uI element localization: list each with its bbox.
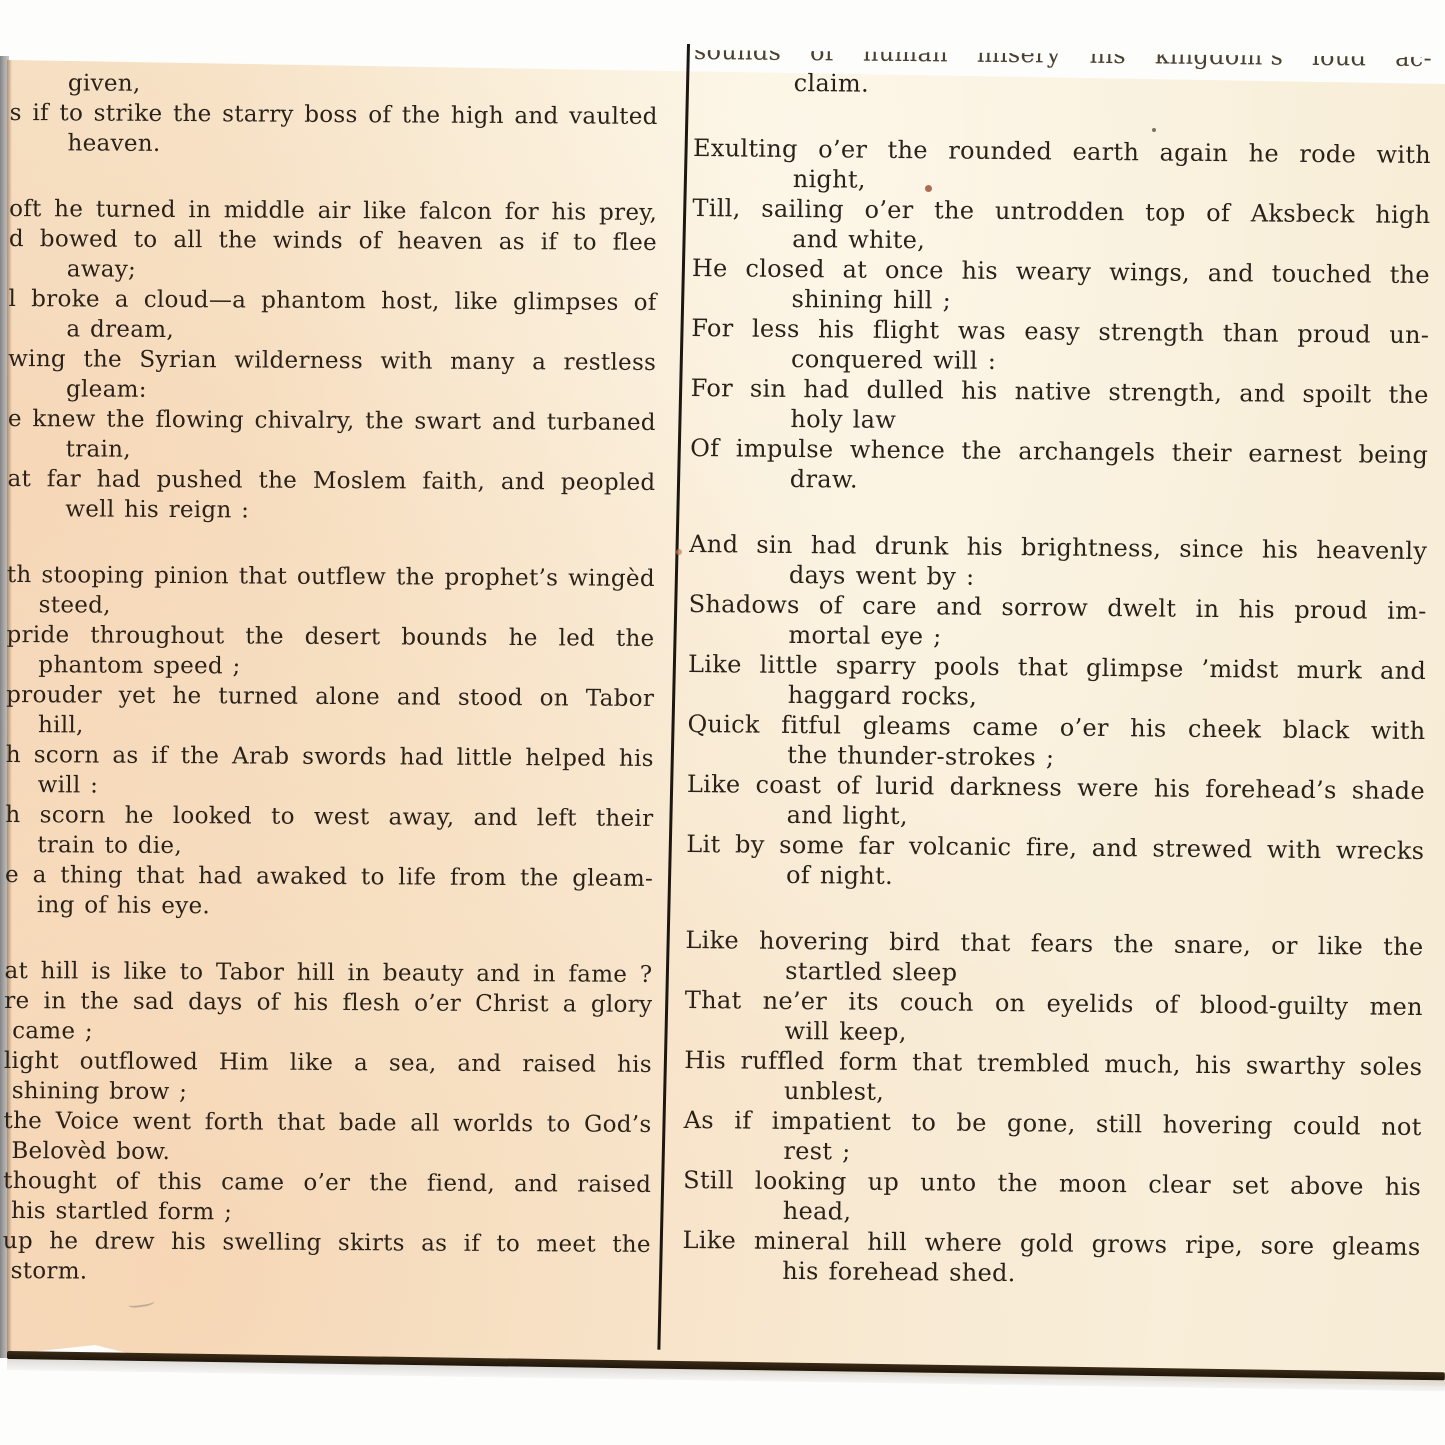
verse-line: phantom speed ; <box>6 650 654 684</box>
verse-line: steed, <box>7 590 655 624</box>
verse-line: th stooping pinion that outflew the prop… <box>7 560 655 594</box>
verse-line: storm. <box>3 1256 651 1290</box>
verse-line: at far had pushed the Moslem faith, and … <box>7 464 655 498</box>
verse-line-text: gleam: <box>66 376 147 402</box>
verse-line-text: and white, <box>792 225 925 254</box>
verse-line-text: head, <box>783 1197 852 1226</box>
verse-line: well his reign : <box>7 494 655 528</box>
verse-line: e a thing that had awaked to life from t… <box>5 860 653 894</box>
verse-line: the Voice went forth that bade all world… <box>3 1106 651 1140</box>
verse-line-text: shining brow ; <box>12 1078 188 1105</box>
verse-line-text: train, <box>66 436 131 462</box>
ink-speck <box>676 549 682 555</box>
verse-line: train, <box>8 434 656 468</box>
verse-line-text: of night. <box>786 861 893 890</box>
verse-line-text: draw. <box>790 465 858 494</box>
verse-line: oft he turned in middle air like falcon … <box>9 194 657 228</box>
verse-line: gleam: <box>8 374 656 408</box>
verse-line-text: away; <box>67 256 137 282</box>
verse-line-text: wing the Syrian wilderness with many a r… <box>8 346 656 376</box>
verse-line-text: will keep, <box>784 1017 906 1046</box>
verse-line: will : <box>6 770 654 804</box>
verse-line: away; <box>9 254 657 288</box>
verse-line-text: train to die, <box>37 832 182 859</box>
verse-line: given, <box>10 68 658 102</box>
verse-line-text: light outflowed Him like a sea, and rais… <box>4 1048 652 1078</box>
verse-line-text: s if to strike the starry boss of the hi… <box>10 100 658 130</box>
verse-line: pride throughout the desert bounds he le… <box>6 620 654 654</box>
verse-line-text: given, <box>68 70 141 96</box>
verse-line-text: hill, <box>38 712 84 738</box>
verse-line: hill, <box>6 710 654 744</box>
verse-line: thought of this came o’er the fiend, and… <box>3 1166 651 1200</box>
verse-line-text: his forehead shed. <box>782 1257 1016 1287</box>
right-text-column: sounds of human misery his kingdom’s lou… <box>682 50 1432 1292</box>
verse-line-text: shining hill ; <box>791 285 951 315</box>
verse-line: a dream, <box>8 314 656 348</box>
verse-line: came ; <box>4 1016 652 1050</box>
verse-line-text: e knew the flowing chivalry, the swart a… <box>8 406 656 436</box>
verse-line: shining brow ; <box>4 1076 652 1110</box>
verse-line-text: and light, <box>787 801 908 830</box>
verse-line-text: e a thing that had awaked to life from t… <box>5 862 653 892</box>
verse-line: l broke a cloud—a phantom host, like gli… <box>8 284 656 318</box>
verse-line: light outflowed Him like a sea, and rais… <box>4 1046 652 1080</box>
verse-line-text: steed, <box>39 592 111 618</box>
verse-line: up he drew his swelling skirts as if to … <box>3 1226 651 1260</box>
verse-line-text: heaven. <box>67 130 160 157</box>
verse-line: Belovèd bow. <box>3 1136 651 1170</box>
verse-line: train to die, <box>5 830 653 864</box>
verse-line-text: came ; <box>12 1018 93 1044</box>
verse-line-text: up he drew his swelling skirts as if to … <box>3 1228 651 1258</box>
verse-line-text: l broke a cloud—a phantom host, like gli… <box>9 286 657 316</box>
verse-line-text: will : <box>38 772 99 798</box>
verse-line-text: Belovèd bow. <box>11 1138 170 1165</box>
verse-line: h scorn he looked to west away, and left… <box>5 800 653 834</box>
verse-line-text: re in the sad days of his flesh o’er Chr… <box>4 988 652 1018</box>
verse-line-text: oft he turned in middle air like falcon … <box>9 196 657 226</box>
verse-line-text: storm. <box>11 1258 88 1284</box>
verse-line-text: at far had pushed the Moslem faith, and … <box>7 466 655 496</box>
verse-line-text: prouder yet he turned alone and stood on… <box>6 682 654 712</box>
verse-line-text: rest ; <box>783 1137 850 1166</box>
scanned-book-page: given,s if to strike the starry boss of … <box>0 0 1445 1445</box>
verse-line-text: mortal eye ; <box>788 621 941 650</box>
verse-line: ing of his eye. <box>5 890 653 924</box>
verse-line-text: th stooping pinion that outflew the prop… <box>7 562 655 592</box>
verse-line-text: conquered will : <box>791 345 996 375</box>
verse-line: his startled form ; <box>3 1196 651 1230</box>
verse-line-text: claim. <box>794 69 870 98</box>
ink-speck <box>1152 128 1156 132</box>
verse-line: d bowed to all the winds of heaven as if… <box>9 224 657 258</box>
verse-line-text: holy law <box>790 405 896 434</box>
verse-line-text: night, <box>793 165 866 194</box>
verse-line-text: a dream, <box>66 316 174 343</box>
verse-line-text: pride throughout the desert bounds he le… <box>6 622 654 652</box>
verse-line-text: his startled form ; <box>11 1198 232 1225</box>
verse-line-text: well his reign : <box>65 496 249 523</box>
verse-line-text: startled sleep <box>785 957 957 987</box>
verse-line: wing the Syrian wilderness with many a r… <box>8 344 656 378</box>
ink-speck <box>925 185 932 192</box>
verse-line-text: d bowed to all the winds of heaven as if… <box>9 226 657 256</box>
verse-line: at hill is like to Tabor hill in beauty … <box>4 956 652 990</box>
left-text-column: given,s if to strike the starry boss of … <box>3 68 658 1290</box>
verse-line: h scorn as if the Arab swords had little… <box>6 740 654 774</box>
verse-line-text: h scorn he looked to west away, and left… <box>5 802 653 832</box>
verse-line: e knew the flowing chivalry, the swart a… <box>8 404 656 438</box>
verse-line: re in the sad days of his flesh o’er Chr… <box>4 986 652 1020</box>
verse-line-text: the thunder-strokes ; <box>787 741 1054 772</box>
verse-line-text: thought of this came o’er the fiend, and… <box>3 1168 651 1198</box>
verse-line-text: at hill is like to Tabor hill in beauty … <box>4 958 652 988</box>
verse-line: prouder yet he turned alone and stood on… <box>6 680 654 714</box>
verse-line-text: phantom speed ; <box>38 652 240 679</box>
verse-line-text: haggard rocks, <box>788 681 978 711</box>
verse-line: s if to strike the starry boss of the hi… <box>10 98 658 132</box>
verse-line-text: unblest, <box>784 1077 884 1106</box>
verse-line-text: the Voice went forth that bade all world… <box>3 1108 651 1138</box>
verse-line-text: h scorn as if the Arab swords had little… <box>6 742 654 772</box>
verse-line-text: days went by : <box>789 561 975 591</box>
verse-line: heaven. <box>9 128 657 162</box>
verse-line-text: ing of his eye. <box>37 892 210 919</box>
